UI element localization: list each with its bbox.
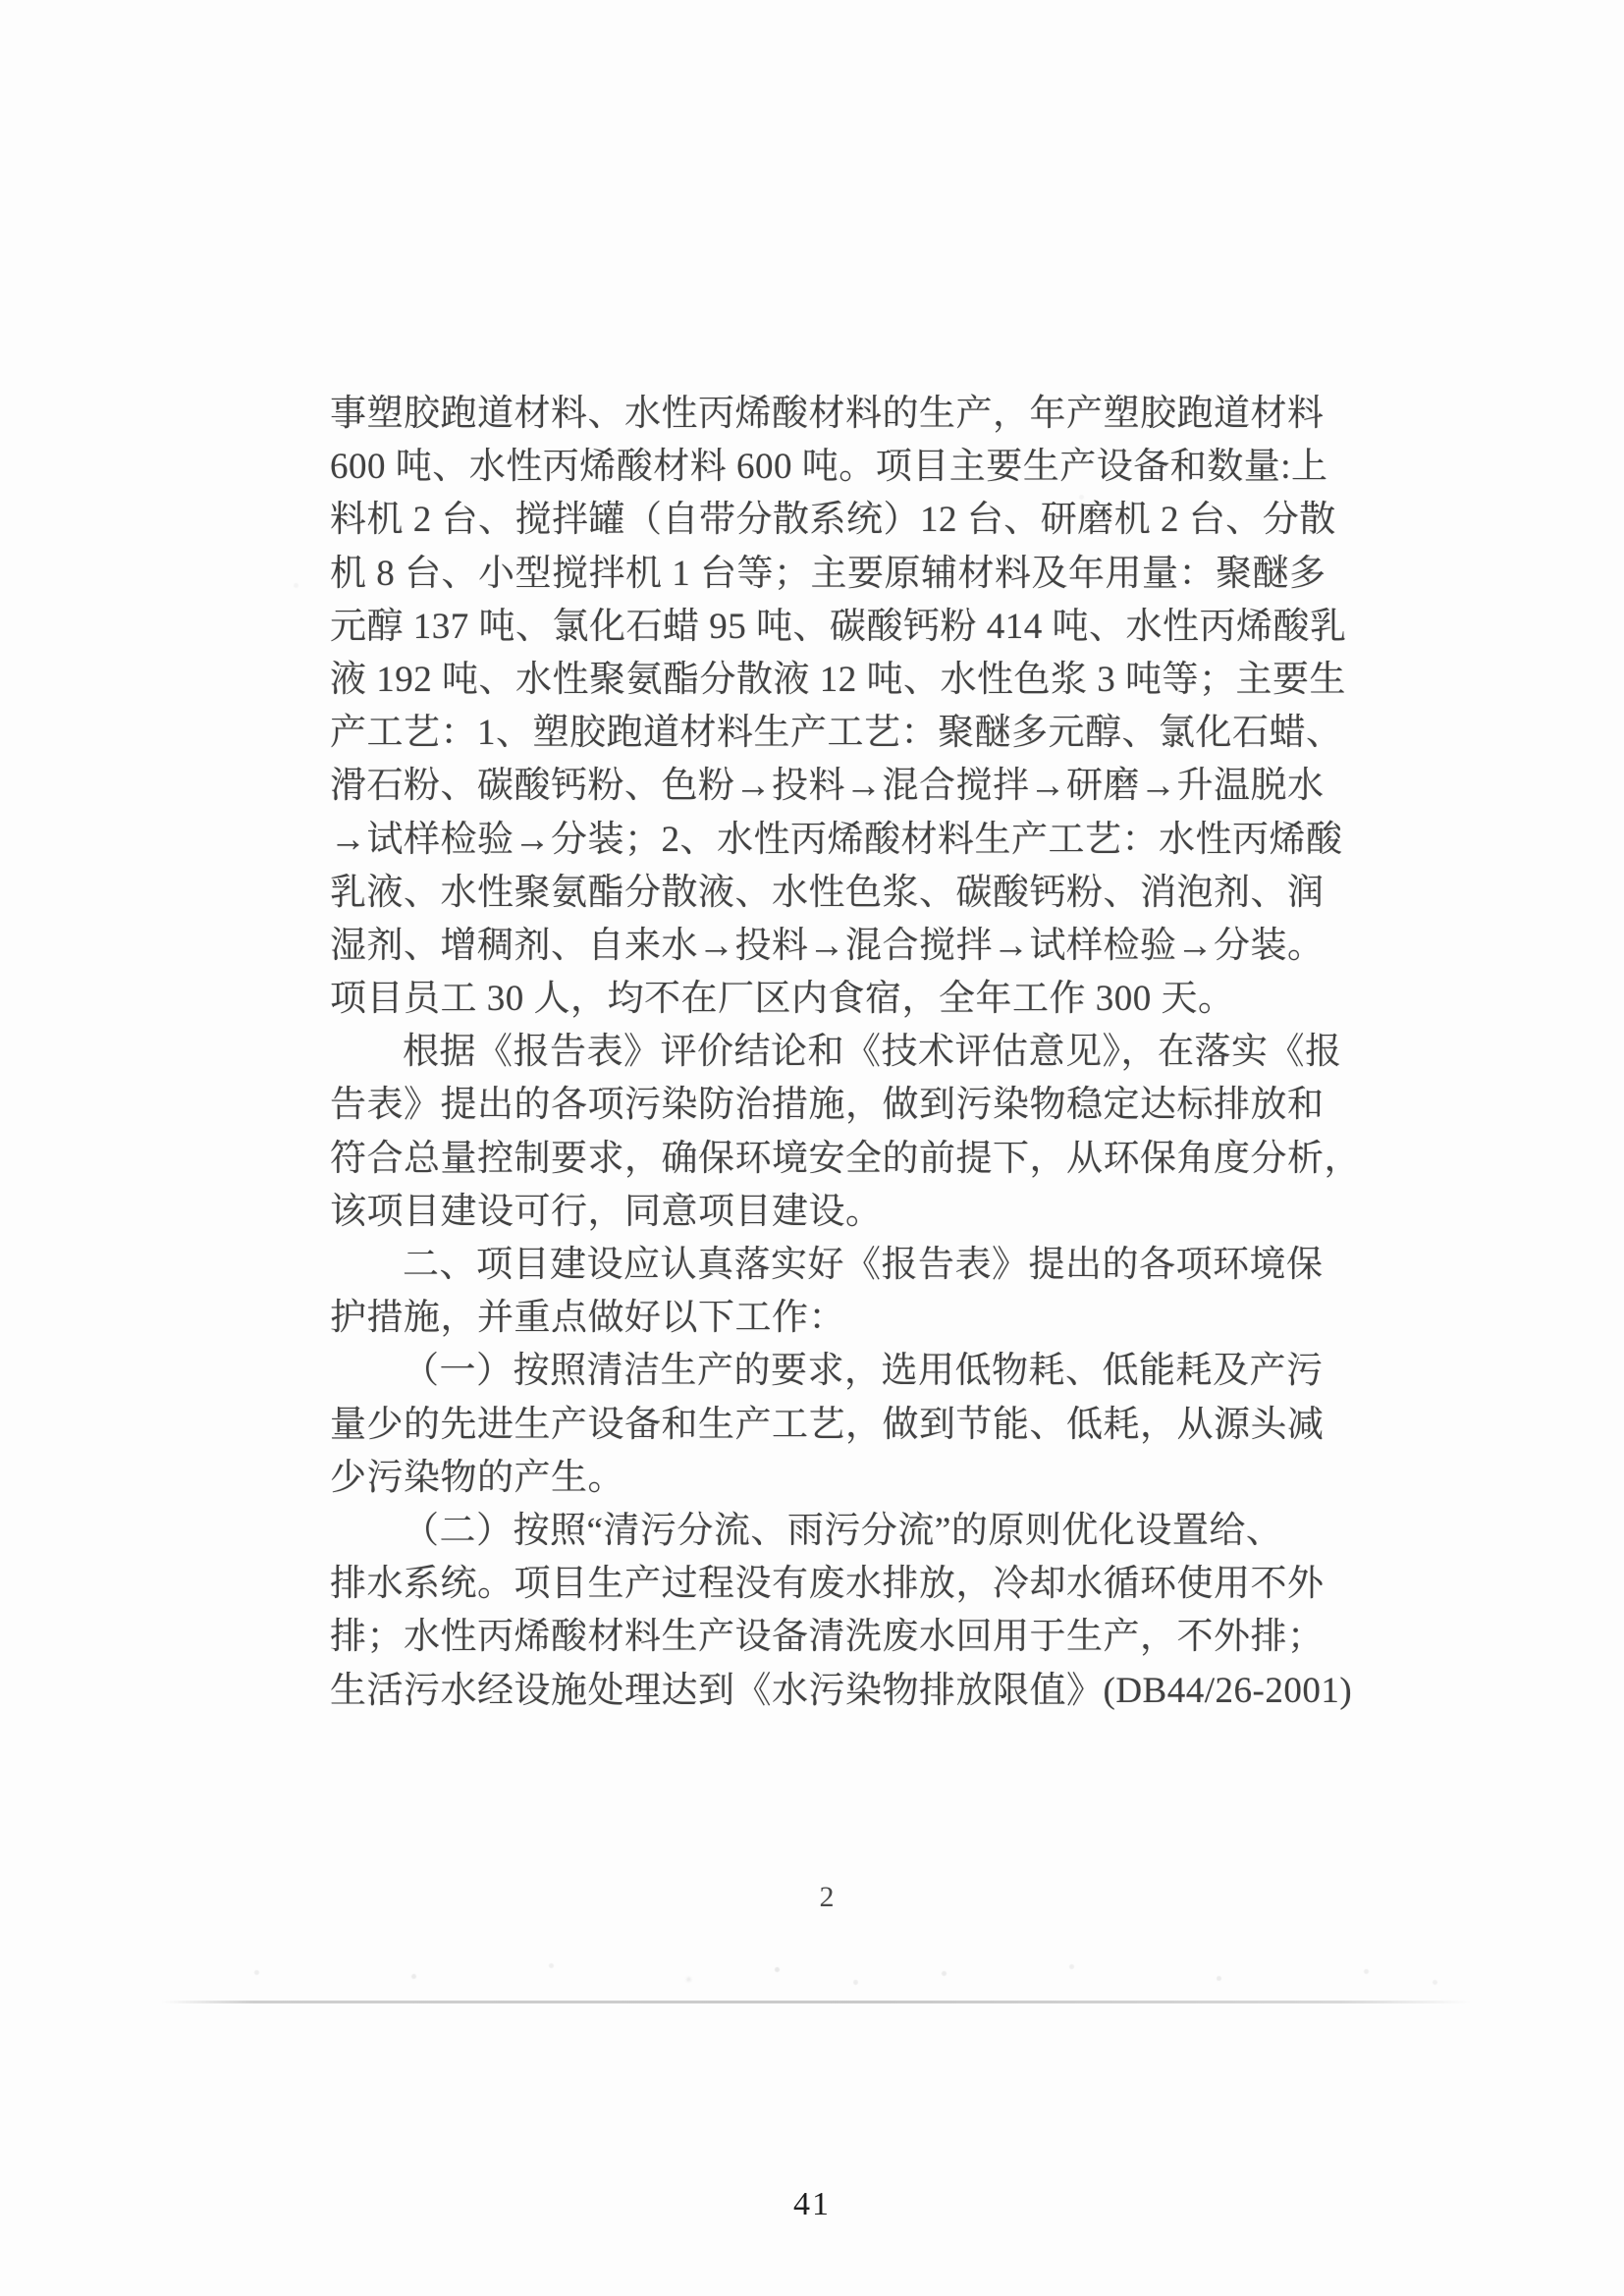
text-line: 生活污水经设施处理达到《水污染物排放限值》(DB44/26-2001): [330, 1665, 1326, 1718]
text-line: 排水系统。项目生产过程没有废水排放，冷却水循环使用不外: [330, 1558, 1326, 1611]
scan-noise-speckles: [0, 0, 3, 3]
document-page-number: 41: [782, 2187, 842, 2222]
text-line: 事塑胶跑道材料、水性丙烯酸材料的生产，年产塑胶跑道材料: [330, 388, 1326, 441]
text-line: 项目员工 30 人，均不在厂区内食宿，全年工作 300 天。: [330, 973, 1326, 1026]
text-line: 符合总量控制要求，确保环境安全的前提下，从环保角度分析，: [330, 1133, 1326, 1186]
text-line: 乳液、水性聚氨酯分散液、水性色浆、碳酸钙粉、消泡剂、润: [330, 867, 1326, 920]
text-line: （一）按照清洁生产的要求，选用低物耗、低能耗及产污: [330, 1345, 1326, 1398]
text-line: （二）按照“清污分流、雨污分流”的原则优化设置给、: [330, 1505, 1326, 1558]
document-page: 事塑胶跑道材料、水性丙烯酸材料的生产，年产塑胶跑道材料600 吨、水性丙烯酸材料…: [0, 0, 1624, 2296]
text-line: 该项目建设可行，同意项目建设。: [330, 1186, 1326, 1239]
scan-bottom-edge-line: [162, 2001, 1471, 2003]
text-line: 根据《报告表》评价结论和《技术评估意见》，在落实《报: [330, 1026, 1326, 1079]
text-line: 料机 2 台、搅拌罐（自带分散系统）12 台、研磨机 2 台、分散: [330, 494, 1326, 547]
text-line: →试样检验→分装；2、水性丙烯酸材料生产工艺：水性丙烯酸: [330, 814, 1326, 867]
scanned-page-region: 事塑胶跑道材料、水性丙烯酸材料的生产，年产塑胶跑道材料600 吨、水性丙烯酸材料…: [0, 0, 1624, 2004]
text-line: 湿剂、增稠剂、自来水→投料→混合搅拌→试样检验→分装。: [330, 920, 1326, 973]
text-line: 少污染物的产生。: [330, 1452, 1326, 1505]
text-line: 排；水性丙烯酸材料生产设备清洗废水回用于生产，不外排；: [330, 1611, 1326, 1664]
text-line: 滑石粉、碳酸钙粉、色粉→投料→混合搅拌→研磨→升温脱水: [330, 760, 1326, 813]
text-line: 告表》提出的各项污染防治措施，做到污染物稳定达标排放和: [330, 1079, 1326, 1132]
text-line: 600 吨、水性丙烯酸材料 600 吨。项目主要生产设备和数量:上: [330, 441, 1326, 494]
body-text: 事塑胶跑道材料、水性丙烯酸材料的生产，年产塑胶跑道材料600 吨、水性丙烯酸材料…: [330, 388, 1326, 1718]
text-line: 二、项目建设应认真落实好《报告表》提出的各项环境保: [330, 1239, 1326, 1292]
text-line: 机 8 台、小型搅拌机 1 台等；主要原辅材料及年用量：聚醚多: [330, 548, 1326, 601]
text-line: 量少的先进生产设备和生产工艺，做到节能、低耗，从源头减: [330, 1399, 1326, 1452]
text-line: 护措施，并重点做好以下工作：: [330, 1292, 1326, 1345]
scanned-page-number: 2: [812, 1883, 841, 1912]
text-line: 元醇 137 吨、氯化石蜡 95 吨、碳酸钙粉 414 吨、水性丙烯酸乳: [330, 601, 1326, 654]
text-line: 液 192 吨、水性聚氨酯分散液 12 吨、水性色浆 3 吨等；主要生: [330, 654, 1326, 707]
text-line: 产工艺：1、塑胶跑道材料生产工艺：聚醚多元醇、氯化石蜡、: [330, 707, 1326, 760]
